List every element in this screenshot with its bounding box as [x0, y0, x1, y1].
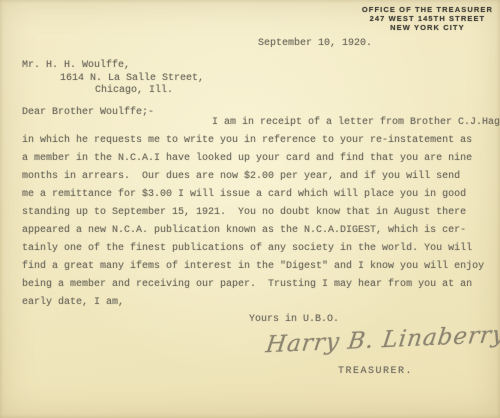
letter-body: I am in receipt of a letter from Brother… — [22, 114, 490, 312]
body-line: tainly one of the finest publications of… — [22, 240, 490, 258]
letter-date: September 10, 1920. — [258, 38, 372, 49]
body-line: a member in the N.C.A.I have looked up y… — [22, 150, 490, 168]
body-line: me a remittance for $3.00 I will issue a… — [22, 186, 490, 204]
recipient-street: 1614 N. La Salle Street, — [22, 73, 204, 86]
letterhead-stamp: OFFICE OF THE TREASURER 247 WEST 145TH S… — [362, 5, 493, 32]
signature: Harry B. Linaberry — [264, 322, 500, 359]
body-line: being a member and receiving our paper. … — [22, 276, 490, 294]
stamp-office-line: OFFICE OF THE TREASURER — [362, 5, 493, 14]
body-line: in which he requests me to write you in … — [22, 132, 490, 150]
body-line: I am in receipt of a letter from Brother… — [22, 114, 490, 132]
body-line: months in arrears. Our dues are now $2.0… — [22, 168, 490, 186]
recipient-name: Mr. H. H. Woulffe, — [22, 60, 204, 73]
signature-title: TREASURER. — [338, 366, 413, 377]
body-line: early date, I am, — [22, 294, 490, 312]
body-line: standing up to September 15, 1921. You n… — [22, 204, 490, 222]
closing: Yours in U.B.O. — [249, 314, 339, 325]
recipient-address: Mr. H. H. Woulffe, 1614 N. La Salle Stre… — [22, 60, 204, 98]
stamp-street-line: 247 WEST 145TH STREET — [362, 14, 493, 23]
body-line: appeared a new N.C.A. publication known … — [22, 222, 490, 240]
stamp-city-line: NEW YORK CITY — [362, 23, 493, 32]
recipient-city: Chicago, Ill. — [22, 85, 204, 98]
body-line: find a great many ifems of interest in t… — [22, 258, 490, 276]
letter-document: OFFICE OF THE TREASURER 247 WEST 145TH S… — [0, 0, 500, 418]
